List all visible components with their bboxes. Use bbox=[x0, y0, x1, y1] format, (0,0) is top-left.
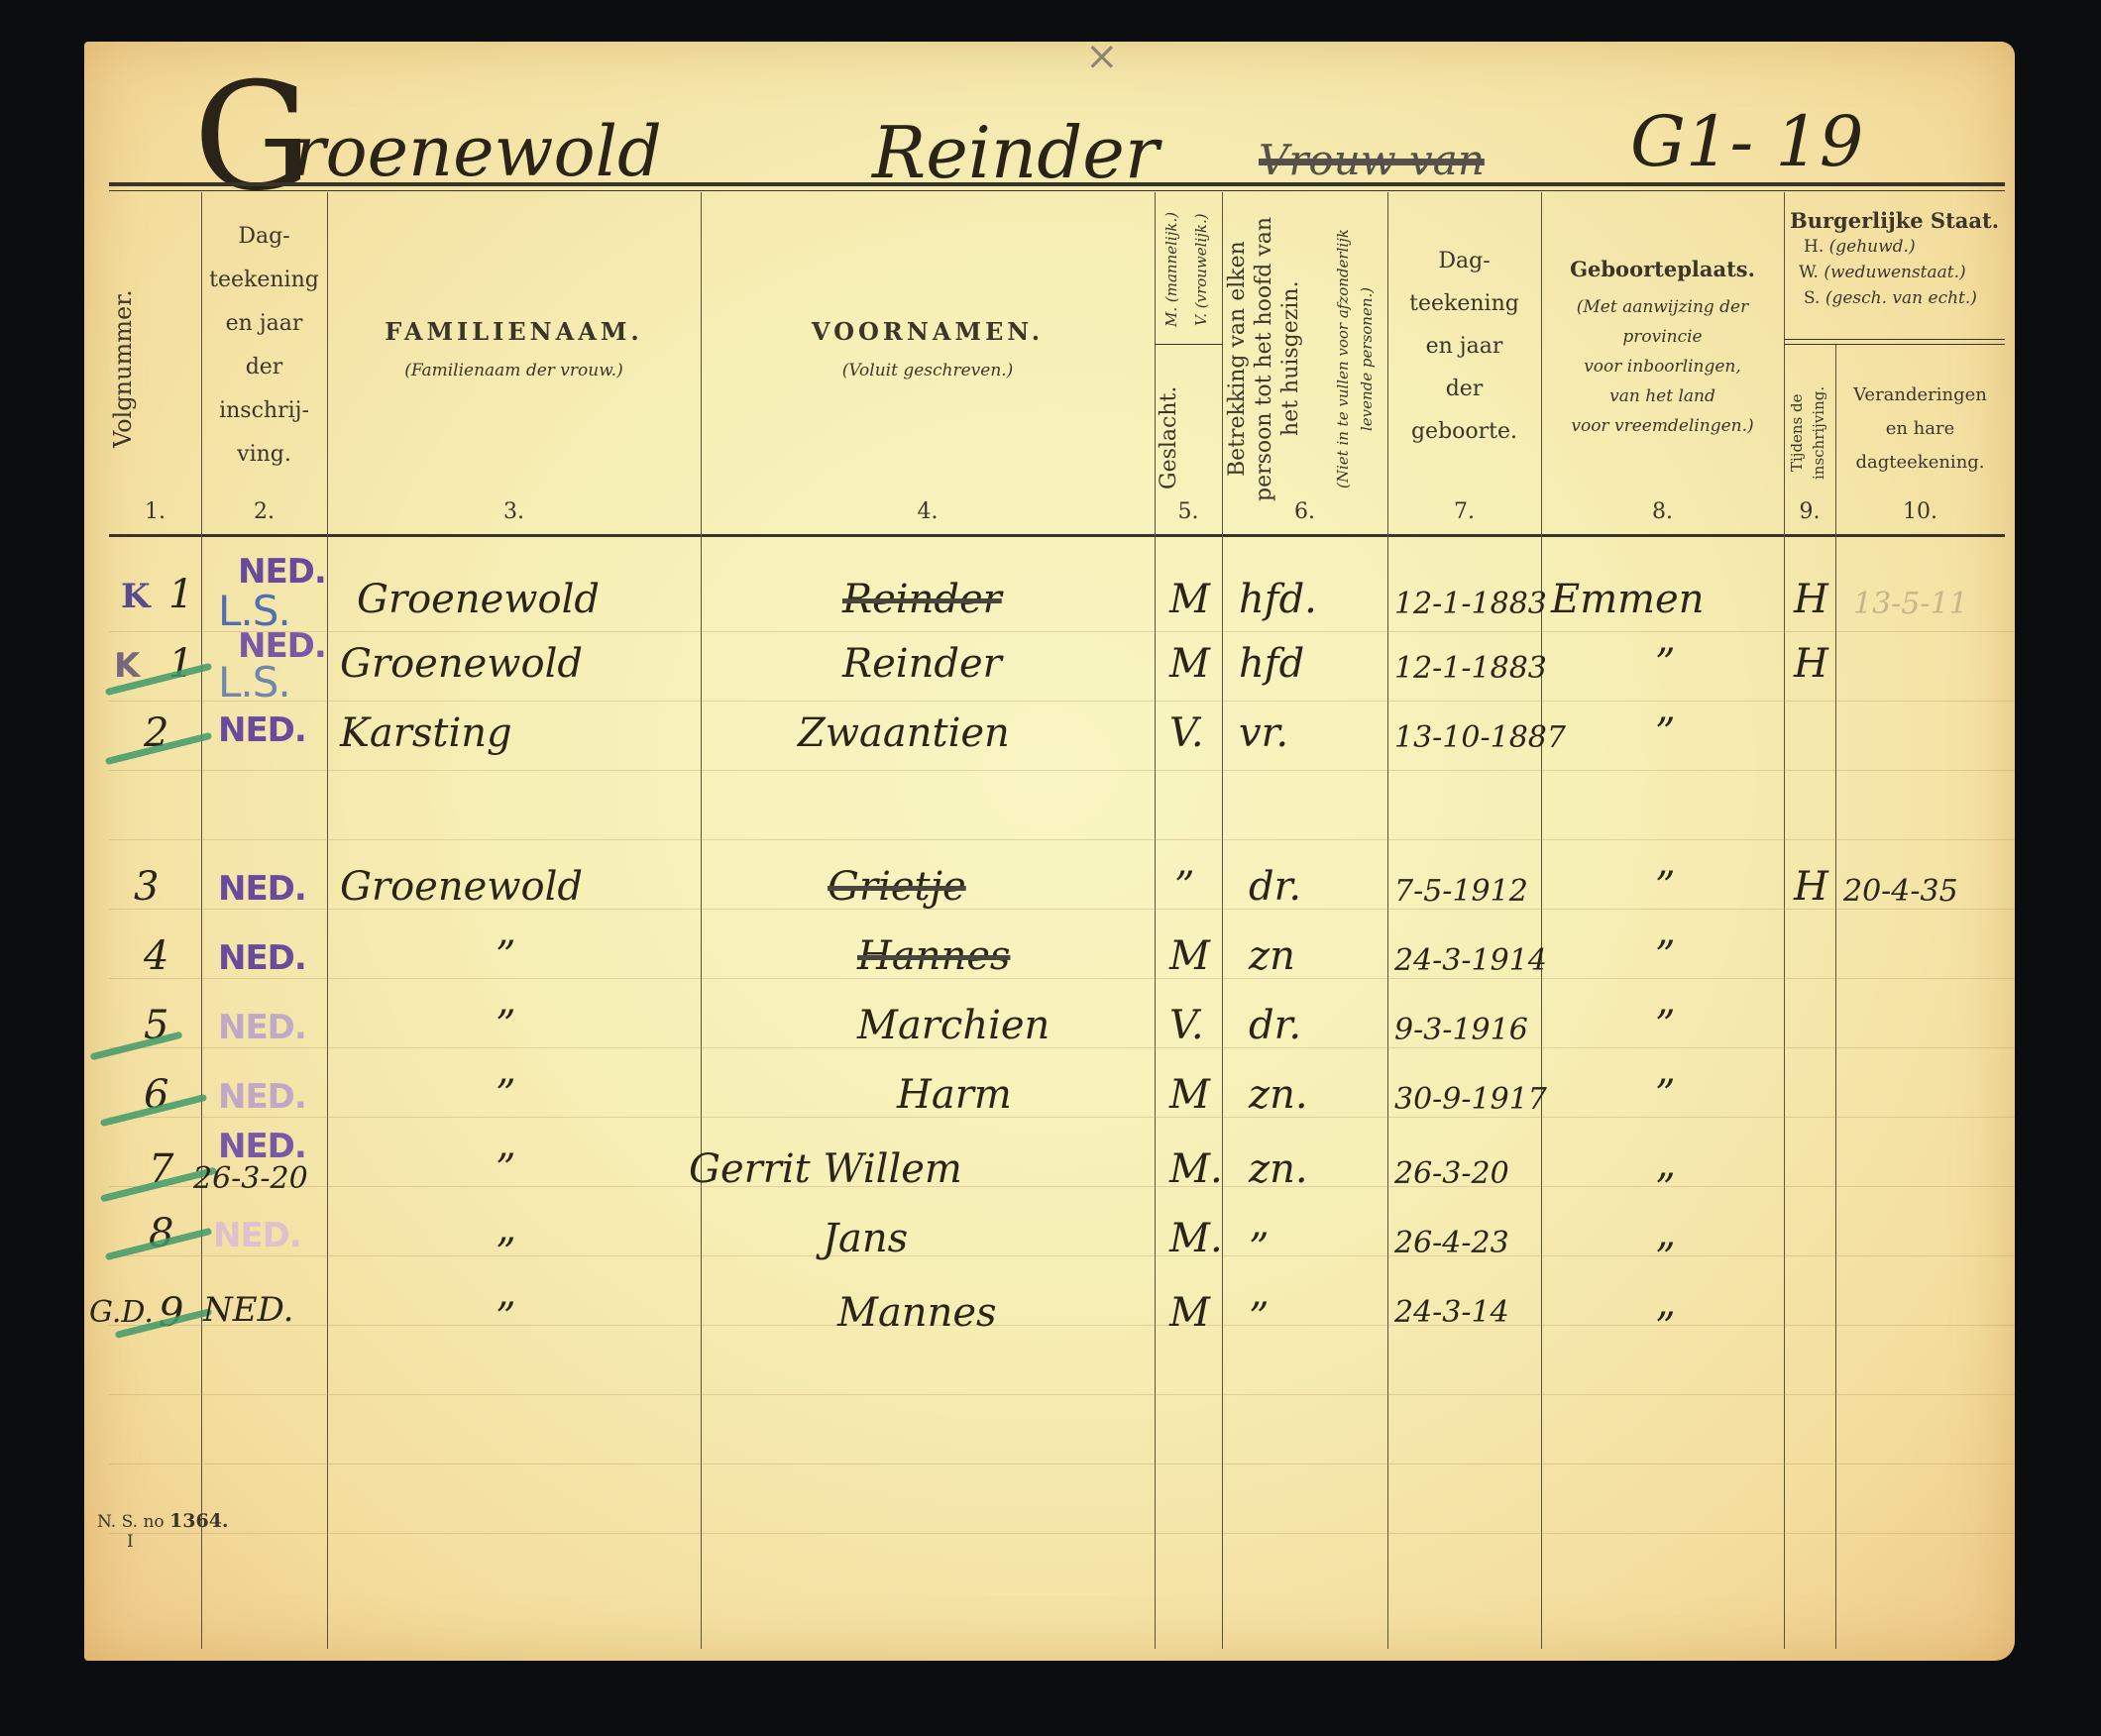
sex: ” bbox=[1174, 864, 1194, 910]
header-rule bbox=[109, 534, 2005, 537]
birth-date: 12-1-1883 bbox=[1394, 651, 1547, 686]
relation: dr. bbox=[1249, 864, 1301, 910]
surname: Groenewold bbox=[340, 641, 583, 687]
sex: M bbox=[1169, 641, 1210, 687]
sex: M bbox=[1169, 1072, 1210, 1118]
birth-date: 12-1-1883 bbox=[1394, 587, 1547, 621]
civil-state: H bbox=[1794, 864, 1828, 910]
ruled-line bbox=[109, 1394, 2015, 1395]
form-number: N. S. no 1364. I bbox=[97, 1510, 229, 1552]
birth-place: ” bbox=[1655, 1305, 1675, 1351]
birth-place: ” bbox=[1655, 933, 1675, 979]
birth-place: ” bbox=[1655, 1236, 1675, 1281]
birth-place: ” bbox=[1655, 641, 1675, 687]
given-names: Reinder bbox=[842, 577, 1002, 622]
ned-stamp: NED. bbox=[213, 1216, 301, 1255]
birth-date: 13-10-1887 bbox=[1394, 720, 1566, 755]
title-rule-thin bbox=[109, 190, 2005, 191]
sex: M. bbox=[1169, 1216, 1223, 1261]
given-names: Hannes bbox=[857, 933, 1010, 979]
surname: ” bbox=[496, 1295, 515, 1341]
ned-stamp: NED. bbox=[238, 552, 326, 592]
given-names: Mannes bbox=[837, 1290, 997, 1336]
colnum-2: 2. bbox=[201, 499, 327, 524]
sex: M. bbox=[1169, 1146, 1223, 1192]
ned-stamp: NED. bbox=[218, 1008, 306, 1047]
row-number: 1 bbox=[168, 641, 193, 687]
inschrijving-date: 26-3-20 bbox=[193, 1161, 308, 1196]
birth-place: ” bbox=[1655, 1166, 1675, 1212]
ruled-line bbox=[109, 1533, 2015, 1534]
birth-date: 24-3-1914 bbox=[1394, 943, 1547, 978]
ruled-line bbox=[109, 1047, 2015, 1048]
birth-date: 9-3-1916 bbox=[1394, 1013, 1528, 1047]
col-divider-2 bbox=[327, 192, 328, 1649]
relation: ” bbox=[1249, 1226, 1269, 1271]
ruled-line bbox=[109, 1186, 2015, 1187]
col-divider-5 bbox=[1222, 192, 1223, 1649]
relation: hfd bbox=[1239, 641, 1304, 687]
ned-handwritten: NED. bbox=[203, 1290, 293, 1330]
colnum-4: 4. bbox=[701, 499, 1155, 524]
title-struck-text: Vrouw van bbox=[1259, 136, 1485, 184]
sex: V. bbox=[1169, 1003, 1204, 1048]
civil-state-split-2 bbox=[1784, 344, 2005, 345]
civil-state: H bbox=[1794, 577, 1828, 622]
header-tijdens-inschrijving: Tijdens de inschrijving. bbox=[1786, 354, 1833, 512]
given-names: Reinder bbox=[842, 641, 1002, 687]
given-names: Grietje bbox=[828, 864, 966, 910]
relation: zn. bbox=[1249, 1146, 1308, 1192]
header-volgnummer: Volgnummer. bbox=[109, 250, 201, 488]
sex: M bbox=[1169, 1290, 1210, 1336]
colnum-9: 9. bbox=[1784, 499, 1835, 524]
birth-date: 26-4-23 bbox=[1394, 1226, 1509, 1260]
civil-state: H bbox=[1794, 641, 1828, 687]
ned-stamp: NED. bbox=[218, 1127, 306, 1166]
relation: vr. bbox=[1239, 710, 1288, 756]
header-veranderingen: Veranderingen en hare dagteekening. bbox=[1835, 379, 2005, 480]
ned-stamp: NED. bbox=[218, 710, 306, 750]
birth-date: 30-9-1917 bbox=[1394, 1082, 1547, 1117]
surname: ” bbox=[496, 1072, 515, 1118]
ls-stamp: L.S. bbox=[218, 658, 290, 706]
change-date: 13-5-11 bbox=[1853, 587, 1968, 621]
change-date: 20-4-35 bbox=[1843, 874, 1958, 909]
row-number: 1 bbox=[168, 572, 193, 617]
colnum-6: 6. bbox=[1222, 499, 1387, 524]
col-divider-8 bbox=[1784, 192, 1785, 1649]
header-betrekking: Betrekking van elken persoon tot het hoo… bbox=[1224, 200, 1333, 517]
title-mark: × bbox=[1085, 34, 1119, 79]
given-names: Gerrit Willem bbox=[689, 1146, 962, 1192]
surname: Groenewold bbox=[357, 577, 600, 622]
row-number: 4 bbox=[144, 933, 168, 979]
given-names: Jans bbox=[823, 1216, 908, 1261]
surname: ” bbox=[496, 1146, 515, 1192]
surname: Karsting bbox=[340, 710, 512, 756]
header-familienaam: FAMILIENAAM. (Familienaam der vrouw.) bbox=[327, 309, 701, 386]
ruled-line bbox=[109, 1255, 2015, 1256]
col-divider-9 bbox=[1835, 344, 1836, 1649]
title-code: G1- 19 bbox=[1630, 101, 1863, 182]
geslacht-split bbox=[1155, 344, 1222, 345]
ruled-line bbox=[109, 1325, 2015, 1326]
relation: zn. bbox=[1249, 1072, 1308, 1118]
ruled-line bbox=[109, 631, 2015, 632]
header-geboortedatum: Dag- teekening en jaar der geboorte. bbox=[1387, 240, 1541, 453]
colnum-5: 5. bbox=[1155, 499, 1222, 524]
given-names: Zwaantien bbox=[798, 710, 1010, 756]
colnum-10: 10. bbox=[1835, 499, 2005, 524]
colnum-3: 3. bbox=[327, 499, 701, 524]
given-names: Marchien bbox=[857, 1003, 1050, 1048]
ruled-line bbox=[109, 1464, 2015, 1465]
sex: M bbox=[1169, 577, 1210, 622]
title-surname: roenewold bbox=[292, 111, 662, 192]
birth-place: ” bbox=[1655, 710, 1675, 756]
relation: ” bbox=[1249, 1295, 1269, 1341]
row-prefix: K bbox=[114, 646, 139, 686]
col-divider-4 bbox=[1155, 192, 1156, 1649]
birth-date: 26-3-20 bbox=[1394, 1156, 1509, 1191]
colnum-7: 7. bbox=[1387, 499, 1541, 524]
header-burgerlijke-staat: Burgerlijke Staat. H. (gehuwd.) W. (wedu… bbox=[1784, 208, 2005, 311]
header-voornamen: VOORNAMEN. (Voluit geschreven.) bbox=[701, 309, 1155, 386]
birth-place: Emmen bbox=[1551, 577, 1705, 622]
header-betrekking-note: (Niet in te vullen voor afzonderlijk lev… bbox=[1331, 200, 1386, 517]
birth-place: ” bbox=[1655, 864, 1675, 910]
ned-stamp: NED. bbox=[218, 1077, 306, 1117]
col-divider-3 bbox=[701, 192, 702, 1649]
header-geboorteplaats: Geboorteplaats. (Met aanwijzing der prov… bbox=[1541, 255, 1784, 441]
surname: ” bbox=[496, 1231, 515, 1276]
title-rule bbox=[109, 182, 2005, 186]
ned-stamp: NED. bbox=[218, 869, 306, 909]
birth-place: ” bbox=[1655, 1003, 1675, 1048]
header-geslacht-legend: M. (mannelijk.) V. (vrouwelijk.) bbox=[1157, 200, 1220, 339]
sex: V. bbox=[1169, 710, 1204, 756]
row-number: 3 bbox=[134, 864, 159, 910]
birth-date: 7-5-1912 bbox=[1394, 874, 1528, 909]
row-number: 9 bbox=[159, 1290, 183, 1336]
ruled-line bbox=[109, 701, 2015, 702]
header-inschrijving: Dag- teekening en jaar der inschrij- vin… bbox=[201, 215, 327, 477]
ruled-line bbox=[109, 839, 2015, 840]
given-names: Harm bbox=[897, 1072, 1012, 1118]
colnum-1: 1. bbox=[109, 499, 201, 524]
ruled-line bbox=[109, 770, 2015, 771]
birth-place: ” bbox=[1655, 1072, 1675, 1118]
relation: zn bbox=[1249, 933, 1295, 979]
surname: Groenewold bbox=[340, 864, 583, 910]
ruled-line bbox=[109, 1117, 2015, 1118]
row-number: 8 bbox=[149, 1211, 173, 1256]
surname: ” bbox=[496, 933, 515, 979]
row-prefix: K bbox=[121, 577, 150, 616]
relation: hfd. bbox=[1239, 577, 1317, 622]
birth-date: 24-3-14 bbox=[1394, 1295, 1509, 1330]
register-card: G roenewold Reinder × Vrouw van G1- 19 V… bbox=[84, 42, 2015, 1661]
colnum-8: 8. bbox=[1541, 499, 1784, 524]
sex: M bbox=[1169, 933, 1210, 979]
surname: ” bbox=[496, 1003, 515, 1048]
ned-stamp: NED. bbox=[218, 938, 306, 978]
ruled-line bbox=[109, 978, 2015, 979]
civil-state-split bbox=[1784, 339, 2005, 340]
relation: dr. bbox=[1249, 1003, 1301, 1048]
